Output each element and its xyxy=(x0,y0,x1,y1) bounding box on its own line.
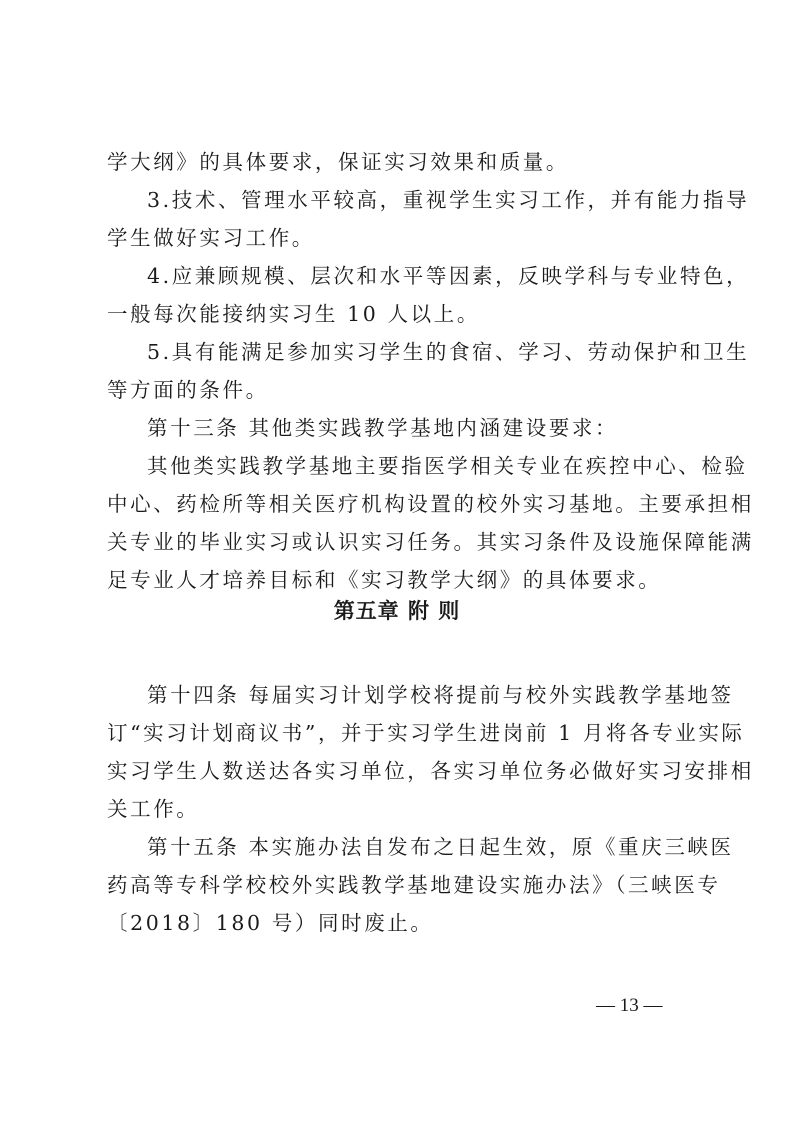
paragraph-line: 一般每次能接纳实习生 10 人以上。 xyxy=(107,302,697,326)
article-14-line: 第十四条 每届实习计划学校将提前与校外实践教学基地签 xyxy=(147,683,697,707)
paragraph-line: 关专业的毕业实习或认识实习任务。其实习条件及设施保障能满 xyxy=(107,530,697,554)
paragraph-line: 药高等专科学校校外实践教学基地建设实施办法》（三峡医专 xyxy=(107,873,697,897)
article-13-title: 第十三条 其他类实践教学基地内涵建设要求： xyxy=(147,416,697,440)
paragraph-line: 关工作。 xyxy=(107,797,697,821)
paragraph-line: 中心、药检所等相关医疗机构设置的校外实习基地。主要承担相 xyxy=(107,492,697,516)
paragraph-line: 学生做好实习工作。 xyxy=(107,226,697,250)
paragraph-line: 足专业人才培养目标和《实习教学大纲》的具体要求。 xyxy=(107,568,697,592)
paragraph-line: 4.应兼顾规模、层次和水平等因素，反映学科与专业特色， xyxy=(147,264,697,288)
paragraph-line: 等方面的条件。 xyxy=(107,378,697,402)
paragraph-line: 订“实习计划商议书”，并于实习学生进岗前 1 月将各专业实际 xyxy=(107,721,697,745)
paragraph-line: 其他类实践教学基地主要指医学相关专业在疾控中心、检验 xyxy=(147,454,697,478)
paragraph-line: 3.技术、管理水平较高，重视学生实习工作，并有能力指导 xyxy=(147,188,697,212)
chapter-heading: 第五章 附 则 xyxy=(0,598,794,624)
paragraph-line: 〔2018〕180 号）同时废止。 xyxy=(107,911,697,935)
page-number: — 13 — xyxy=(596,995,663,1017)
paragraph-line: 学大纲》的具体要求，保证实习效果和质量。 xyxy=(107,150,697,174)
article-15-line: 第十五条 本实施办法自发布之日起生效，原《重庆三峡医 xyxy=(147,835,697,859)
paragraph-line: 5.具有能满足参加实习学生的食宿、学习、劳动保护和卫生 xyxy=(147,340,697,364)
paragraph-line: 实习学生人数送达各实习单位，各实习单位务必做好实习安排相 xyxy=(107,759,697,783)
